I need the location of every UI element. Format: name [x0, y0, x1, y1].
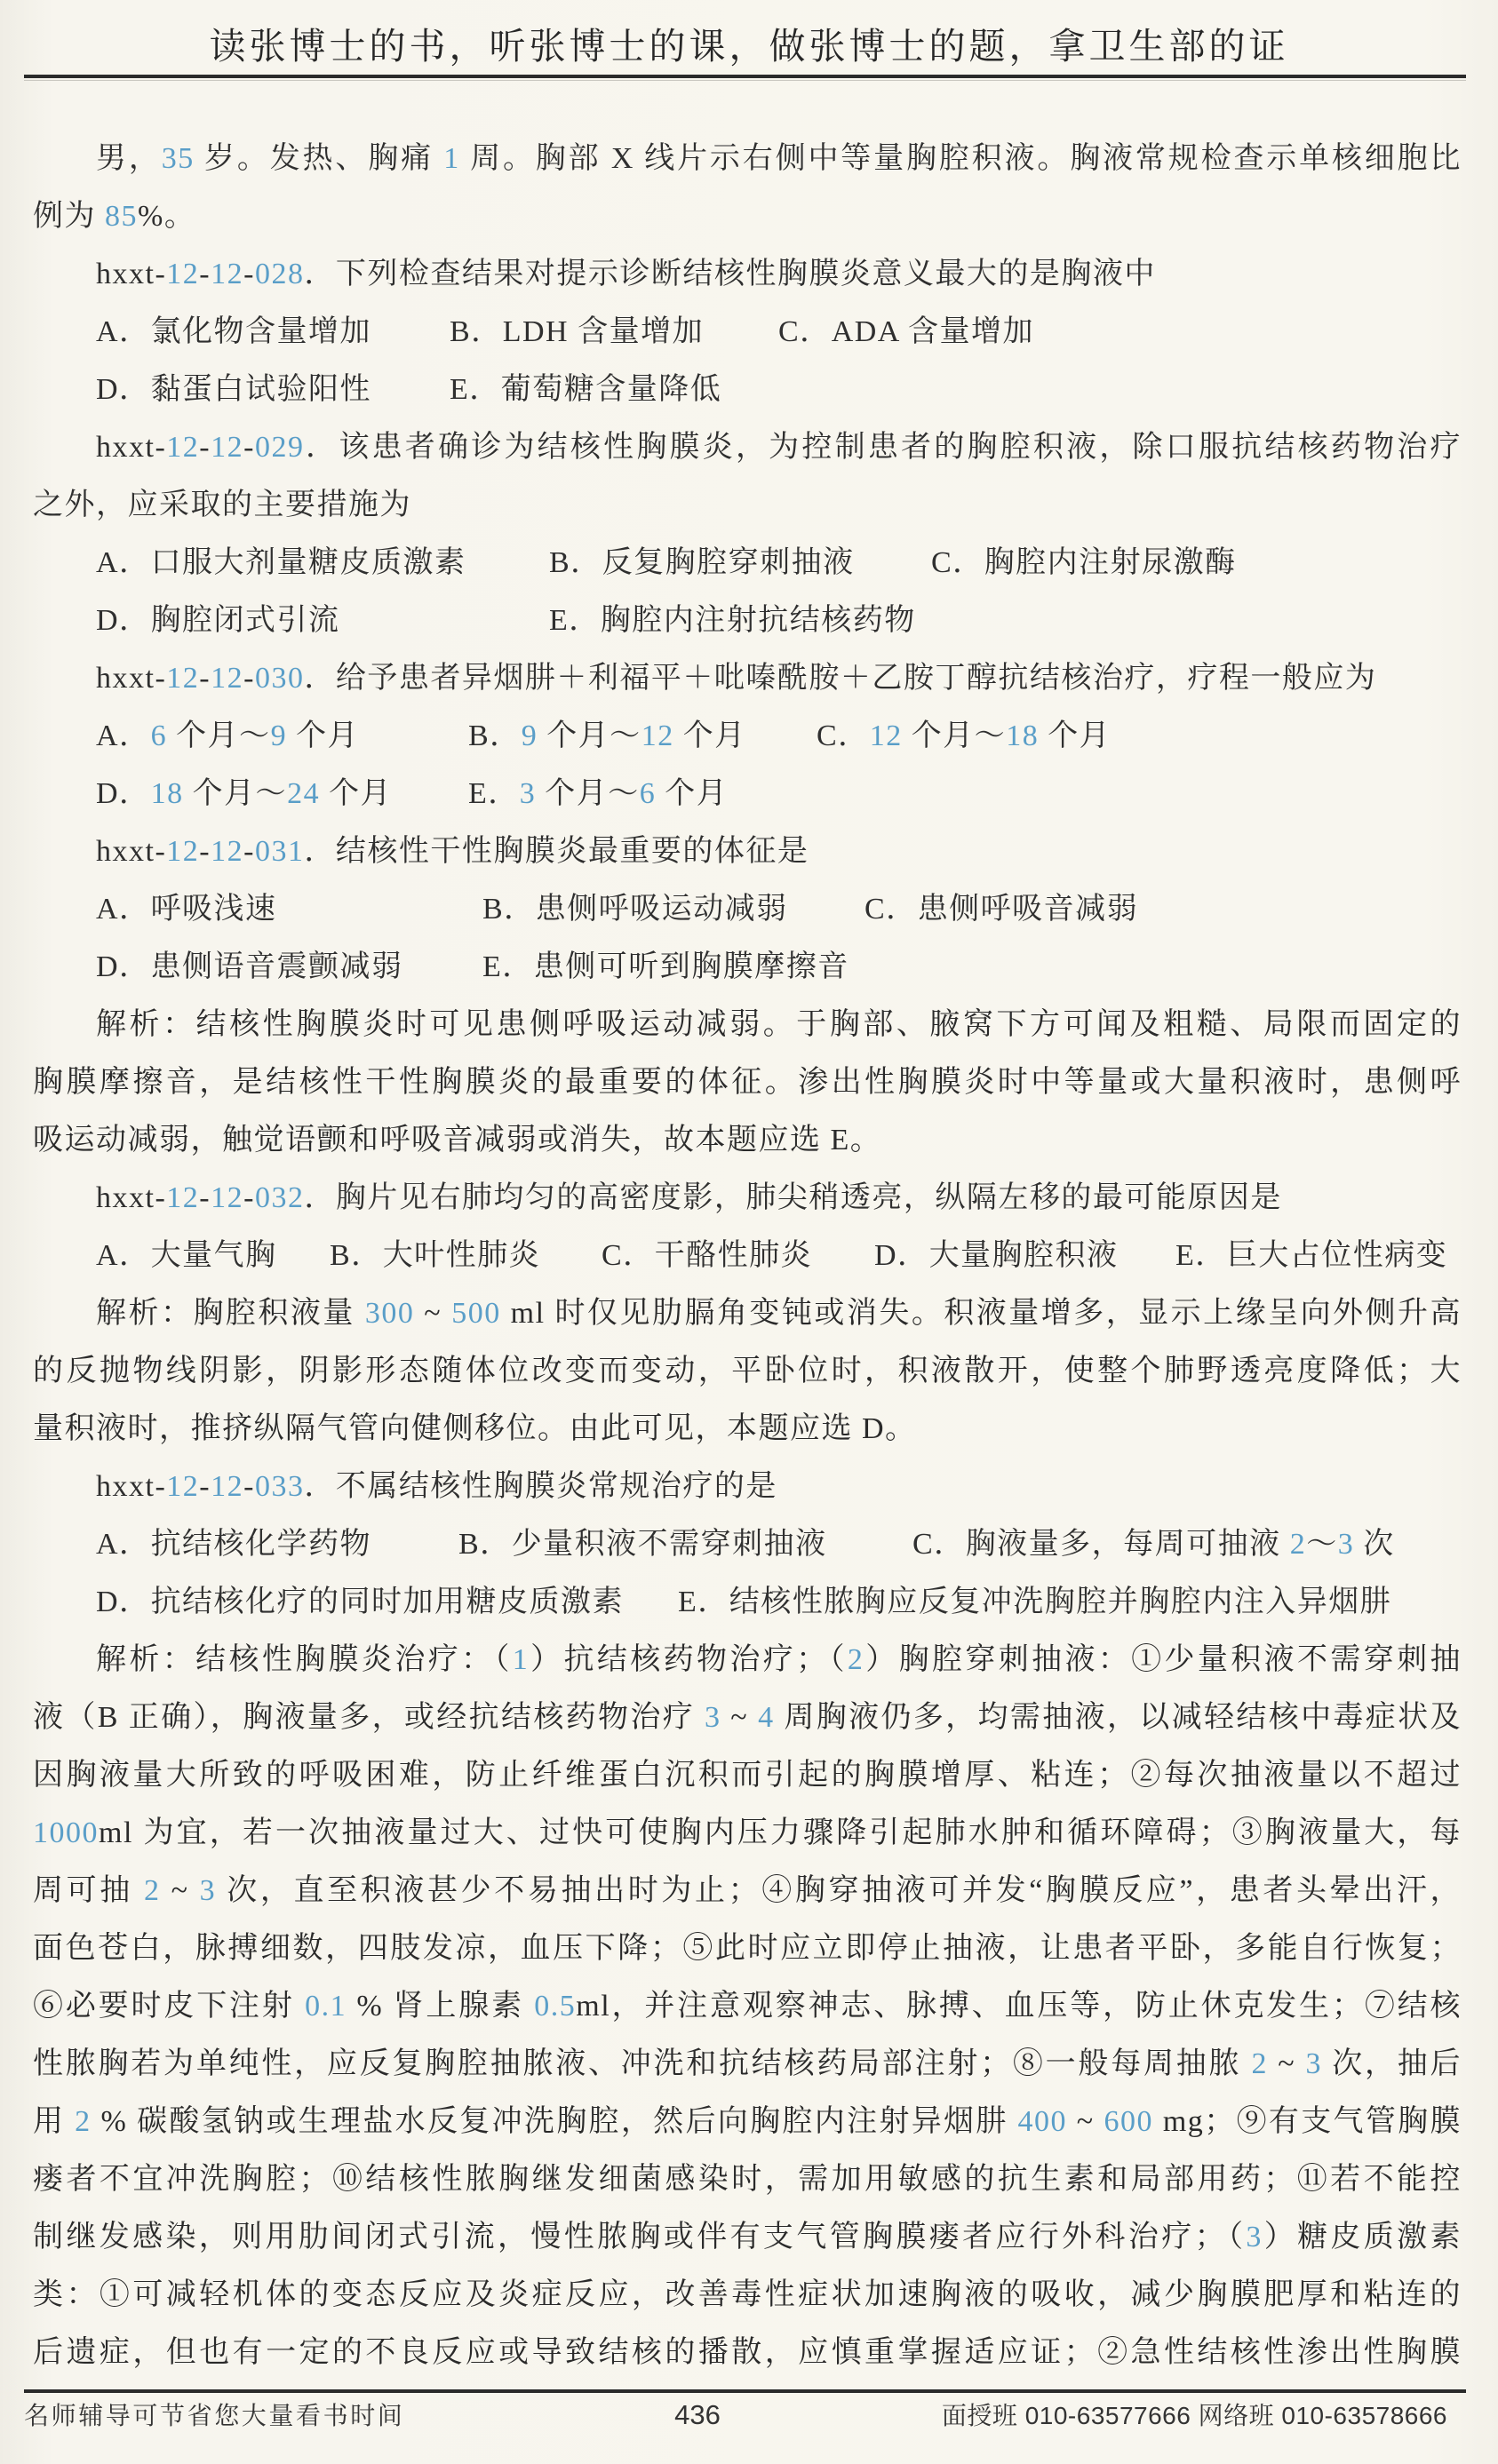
analysis-number: 600: [1104, 2105, 1154, 2138]
option-number: 3: [1338, 1528, 1355, 1561]
question-code-separator: -: [243, 835, 255, 868]
analysis-number: 2: [848, 1643, 865, 1676]
question-code-prefix: hxxt-: [96, 662, 166, 695]
option-text: ～: [1306, 1528, 1338, 1561]
question-stem-line: hxxt-12-12-029．该患者确诊为结核性胸膜炎，为控制患者的胸腔积液，除…: [33, 418, 1462, 476]
question-code-number: 032: [255, 1181, 305, 1214]
book-page: 读张博士的书，听张博士的课，做张博士的题，拿卫生部的证 男，35 岁。发热、胸痛…: [0, 0, 1498, 2464]
analysis-text: % 碳酸氢钠或生理盐水反复冲洗胸腔，然后向胸腔内注射异烟肼: [92, 2105, 1018, 2138]
footer-rule: [24, 2389, 1466, 2393]
option-e: E．胸腔内注射抗结核药物: [549, 592, 916, 649]
option-text: 胸腔内注射尿激酶: [984, 546, 1237, 579]
option-number: 9: [522, 719, 538, 752]
option-text: 巨大占位性病变: [1227, 1239, 1448, 1272]
options-row: A．6 个月～9 个月 B．9 个月～12 个月 C．12 个月～18 个月: [33, 707, 1462, 765]
options-row: D．抗结核化疗的同时加用糖皮质激素 E．结核性脓胸应反复冲洗胸腔并胸腔内注入异烟…: [33, 1573, 1462, 1631]
question-code-number: 028: [255, 258, 305, 290]
case-intro-line: 男，35 岁。发热、胸痛 1 周。胸部 X 线片示右侧中等量胸腔积液。胸液常规检…: [33, 130, 1462, 187]
option-label: B．: [549, 546, 602, 579]
question-code-separator: -: [199, 431, 211, 464]
case-text: 周。胸部 X 线片示右侧中等量胸腔积液。胸液常规检查示单核细胞比: [460, 142, 1462, 175]
option-e: E．患侧可听到胸膜摩擦音: [482, 938, 849, 996]
analysis-number: 1: [513, 1643, 530, 1676]
analysis-line: 解析：结核性胸膜炎时可见患侧呼吸运动减弱。于胸部、腋窝下方可闻及粗糙、局限而固定…: [33, 996, 1462, 1053]
option-label: E．: [549, 604, 601, 637]
option-text: 患侧语音震颤减弱: [151, 950, 403, 983]
option-label: E．: [450, 373, 501, 406]
analysis-text: 用: [33, 2105, 75, 2138]
options-row: A．口服大剂量糖皮质激素 B．反复胸腔穿刺抽液 C．胸腔内注射尿激酶: [33, 534, 1462, 592]
question-code-section: 12: [211, 1470, 243, 1503]
analysis-line: 后遗症，但也有一定的不良反应或导致结核的播散，应慎重掌握适应证；②急性结核性渗出…: [33, 2324, 1462, 2381]
question-code-separator: -: [243, 258, 255, 290]
analysis-text: ）糖皮质激素: [1263, 2221, 1462, 2253]
analysis-text: 后遗症，但也有一定的不良反应或导致结核的播散，应慎重掌握适应证；②急性结核性渗出…: [33, 2336, 1462, 2369]
option-label: A．: [96, 893, 151, 926]
question-code-number: 030: [255, 662, 305, 695]
option-label: D．: [874, 1239, 929, 1272]
option-text: 个月: [1039, 719, 1111, 752]
option-text: 患侧可听到胸膜摩擦音: [534, 950, 849, 983]
question-code-separator: -: [199, 835, 211, 868]
analysis-number: 300: [365, 1297, 415, 1330]
option-label: D．: [96, 604, 151, 637]
analysis-line: 的反抛物线阴影，阴影形态随体位改变而变动，平卧位时，积液散开，使整个肺野透亮度降…: [33, 1342, 1462, 1400]
question-code-prefix: hxxt-: [96, 258, 166, 290]
analysis-line: ⑥必要时皮下注射 0.1 % 肾上腺素 0.5ml，并注意观察神志、脉搏、血压等…: [33, 1977, 1462, 2035]
analysis-line: 液（B 正确），胸液量多，或经抗结核药物治疗 3 ~ 4 周胸液仍多，均需抽液，…: [33, 1689, 1462, 1746]
option-label: D．: [96, 950, 151, 983]
analysis-line: 性脓胸若为单纯性，应反复胸腔抽脓液、冲洗和抗结核药局部注射；⑧一般每周抽脓 2 …: [33, 2035, 1462, 2093]
analysis-line: 胸膜摩擦音，是结核性干性胸膜炎的最重要的体征。渗出性胸膜炎时中等量或大量积液时，…: [33, 1053, 1462, 1111]
option-d: D．黏蛋白试验阳性: [96, 361, 371, 418]
option-d: D．患侧语音震颤减弱: [96, 938, 403, 996]
question-code-number: 031: [255, 835, 305, 868]
option-text: 抗结核化学药物: [151, 1528, 372, 1561]
option-b: B．少量积液不需穿刺抽液: [458, 1515, 827, 1573]
option-label: C．: [931, 546, 984, 579]
option-e: E．巨大占位性病变: [1175, 1227, 1447, 1284]
analysis-number: 4: [758, 1701, 775, 1734]
question-code-separator: -: [243, 662, 255, 695]
question-code-section: 12: [211, 1181, 243, 1214]
option-text: 反复胸腔穿刺抽液: [602, 546, 855, 579]
option-number: 18: [1006, 719, 1039, 752]
option-e: E．葡萄糖含量降低: [450, 361, 721, 418]
option-text: 个月～: [167, 719, 271, 752]
analysis-line: 吸运动减弱，触觉语颤和呼吸音减弱或消失，故本题应选 E。: [33, 1111, 1462, 1169]
question-stem-line: hxxt-12-12-030．给予患者异烟肼＋利福平＋吡嗪酰胺＋乙胺丁醇抗结核治…: [33, 649, 1462, 707]
case-text: 例为: [33, 200, 105, 233]
option-text: 个月～: [903, 719, 1007, 752]
analysis-text: % 肾上腺素: [347, 1990, 534, 2023]
option-b: B．9 个月～12 个月: [468, 707, 746, 765]
analysis-text: 面色苍白，脉搏细数，四肢发凉，血压下降；⑤此时应立即停止抽液，让患者平卧，多能自…: [33, 1932, 1462, 1965]
analysis-text: ~: [161, 1874, 200, 1907]
case-intro-line: 例为 85%。: [33, 187, 1462, 245]
option-text: 抗结核化疗的同时加用糖皮质激素: [151, 1586, 625, 1618]
option-text: LDH 含量增加: [503, 315, 704, 348]
option-d: D．胸腔闭式引流: [96, 592, 340, 649]
analysis-number: 3: [200, 1874, 217, 1907]
option-b: B．大叶性肺炎: [330, 1227, 540, 1284]
question-stem-text: ．下列检查结果对提示诊断结核性胸膜炎意义最大的是胸液中: [304, 258, 1156, 290]
analysis-number: 3: [1305, 2047, 1322, 2080]
option-a: A．呼吸浅速: [96, 880, 277, 938]
case-text: 男，: [96, 142, 162, 175]
option-text: 个月: [287, 719, 359, 752]
options-row: D．患侧语音震颤减弱 E．患侧可听到胸膜摩擦音: [33, 938, 1462, 996]
analysis-number: 2: [75, 2105, 92, 2138]
header-rule: [24, 75, 1466, 78]
question-code-chapter: 12: [166, 1470, 199, 1503]
footer-slogan: 名师辅导可节省您大量看书时间: [24, 2398, 404, 2434]
analysis-text: 次，抽后: [1322, 2047, 1462, 2080]
question-code-chapter: 12: [166, 835, 199, 868]
analysis-text: 制继发感染，则用肋间闭式引流，慢性脓胸或伴有支气管胸膜瘘者应行外科治疗；（: [33, 2221, 1246, 2253]
analysis-line: 解析：胸腔积液量 300 ~ 500 ml 时仅见肋膈角变钝或消失。积液量增多，…: [33, 1284, 1462, 1342]
option-c: C．ADA 含量增加: [778, 303, 1034, 361]
options-row: A．呼吸浅速 B．患侧呼吸运动减弱 C．患侧呼吸音减弱: [33, 880, 1462, 938]
option-text: 个月～: [538, 719, 641, 752]
analysis-text: 的反抛物线阴影，阴影形态随体位改变而变动，平卧位时，积液散开，使整个肺野透亮度降…: [33, 1355, 1462, 1387]
option-label: C．: [912, 1528, 966, 1561]
question-code-section: 12: [211, 258, 243, 290]
option-text: 患侧呼吸运动减弱: [536, 893, 788, 926]
option-a: A．抗结核化学药物: [96, 1515, 371, 1573]
analysis-line: 瘘者不宜冲洗胸腔；⑩结核性脓胸继发细菌感染时，需加用敏感的抗生素和局部用药；⑪若…: [33, 2150, 1462, 2208]
analysis-line: 因胸液量大所致的呼吸困难，防止纤维蛋白沉积而引起的胸膜增厚、粘连；②每次抽液量以…: [33, 1746, 1462, 1804]
option-text: ADA 含量增加: [832, 315, 1034, 348]
header-rule-thin: [24, 80, 1466, 81]
analysis-line: 用 2 % 碳酸氢钠或生理盐水反复冲洗胸腔，然后向胸腔内注射异烟肼 400 ~ …: [33, 2093, 1462, 2150]
analysis-text: 类：①可减轻机体的变态反应及炎症反应，改善毒性症状加速胸液的吸收，减少胸膜肥厚和…: [33, 2278, 1462, 2311]
page-body: 男，35 岁。发热、胸痛 1 周。胸部 X 线片示右侧中等量胸腔积液。胸液常规检…: [33, 130, 1462, 2381]
question-stem-text: 之外，应采取的主要措施为: [33, 489, 411, 521]
question-code-prefix: hxxt-: [96, 1181, 166, 1214]
option-c: C．胸腔内注射尿激酶: [931, 534, 1237, 592]
analysis-line: 类：①可减轻机体的变态反应及炎症反应，改善毒性症状加速胸液的吸收，减少胸膜肥厚和…: [33, 2266, 1462, 2324]
question-code-prefix: hxxt-: [96, 835, 166, 868]
question-code-section: 12: [211, 835, 243, 868]
analysis-text: ml 时仅见肋膈角变钝或消失。积液量增多，显示上缘呈向外侧升高: [501, 1297, 1462, 1330]
option-text: 个月: [320, 777, 392, 810]
question-code-separator: -: [199, 1181, 211, 1214]
option-text: 大叶性肺炎: [383, 1239, 541, 1272]
analysis-text: 周可抽: [33, 1874, 144, 1907]
analysis-text: ）胸腔穿刺抽液：①少量积液不需穿刺抽: [864, 1643, 1462, 1676]
options-row: A．氯化物含量增加 B．LDH 含量增加 C．ADA 含量增加: [33, 303, 1462, 361]
option-label: E．: [468, 777, 520, 810]
analysis-line: 制继发感染，则用肋间闭式引流，慢性脓胸或伴有支气管胸膜瘘者应行外科治疗；（3）糖…: [33, 2208, 1462, 2266]
option-label: A．: [96, 719, 151, 752]
option-d: D．18 个月～24 个月: [96, 765, 392, 823]
analysis-text: mg；⑨有支气管胸膜: [1153, 2105, 1462, 2138]
analysis-text: 液（B 正确），胸液量多，或经抗结核药物治疗: [33, 1701, 705, 1734]
question-code-chapter: 12: [166, 1181, 199, 1214]
option-number: 9: [271, 719, 288, 752]
question-code-number: 033: [255, 1470, 305, 1503]
option-text: 患侧呼吸音减弱: [918, 893, 1139, 926]
question-stem-text: ．结核性干性胸膜炎最重要的体征是: [304, 835, 809, 868]
analysis-text: ~: [414, 1297, 451, 1330]
option-label: B．: [482, 893, 536, 926]
analysis-number: 0.5: [534, 1990, 576, 2023]
analysis-text: 解析：胸腔积液量: [96, 1297, 365, 1330]
option-a: A．氯化物含量增加: [96, 303, 371, 361]
case-number: 35: [162, 142, 195, 175]
analysis-text: ）抗结核药物治疗；（: [529, 1643, 848, 1676]
option-e: E．结核性脓胸应反复冲洗胸腔并胸腔内注入异烟肼: [678, 1573, 1391, 1631]
question-stem-text: ．给予患者异烟肼＋利福平＋吡嗪酰胺＋乙胺丁醇抗结核治疗，疗程一般应为: [304, 662, 1376, 695]
options-row: D．18 个月～24 个月 E．3 个月～6 个月: [33, 765, 1462, 823]
option-text: 胸腔闭式引流: [151, 604, 340, 637]
analysis-text: ⑥必要时皮下注射: [33, 1990, 305, 2023]
question-code-chapter: 12: [166, 431, 199, 464]
option-label: B．: [450, 315, 503, 348]
question-code-chapter: 12: [166, 662, 199, 695]
page-number: 436: [662, 2396, 733, 2434]
option-label: C．: [778, 315, 832, 348]
option-text: 干酪性肺炎: [655, 1239, 813, 1272]
analysis-line: 解析：结核性胸膜炎治疗：（1）抗结核药物治疗；（2）胸腔穿刺抽液：①少量积液不需…: [33, 1631, 1462, 1689]
analysis-text: ml，并注意观察神志、脉搏、血压等，防止休克发生；⑦结核: [576, 1990, 1462, 2023]
option-text: 结核性脓胸应反复冲洗胸腔并胸腔内注入异烟肼: [729, 1586, 1392, 1618]
analysis-number: 3: [1246, 2221, 1263, 2253]
option-text: 黏蛋白试验阳性: [151, 373, 372, 406]
option-label: B．: [468, 719, 522, 752]
analysis-text: 瘘者不宜冲洗胸腔；⑩结核性脓胸继发细菌感染时，需加用敏感的抗生素和局部用药；⑪若…: [33, 2163, 1462, 2196]
option-label: C．: [602, 1239, 655, 1272]
option-e: E．3 个月～6 个月: [468, 765, 728, 823]
analysis-text: ~: [721, 1701, 758, 1734]
question-stem-line: hxxt-12-12-031．结核性干性胸膜炎最重要的体征是: [33, 823, 1462, 880]
option-label: A．: [96, 1528, 151, 1561]
option-label: E．: [1175, 1239, 1227, 1272]
question-stem-text: ．胸片见右肺均匀的高密度影，肺尖稍透亮，纵隔左移的最可能原因是: [304, 1181, 1282, 1214]
analysis-text: ~: [1067, 2105, 1104, 2138]
analysis-text: 解析：结核性胸膜炎治疗：（: [96, 1643, 513, 1676]
option-label: A．: [96, 1239, 151, 1272]
options-row: A．大量气胸 B．大叶性肺炎 C．干酪性肺炎 D．大量胸腔积液 E．巨大占位性病…: [33, 1227, 1462, 1284]
analysis-line: 周可抽 2 ~ 3 次，直至积液甚少不易抽出时为止；④胸穿抽液可并发“胸膜反应”…: [33, 1862, 1462, 1920]
option-label: B．: [330, 1239, 383, 1272]
analysis-number: 0.1: [305, 1990, 347, 2023]
option-text: 葡萄糖含量降低: [501, 373, 722, 406]
option-number: 6: [151, 719, 168, 752]
option-text: 大量气胸: [151, 1239, 277, 1272]
question-code-prefix: hxxt-: [96, 431, 166, 464]
analysis-text: 性脓胸若为单纯性，应反复胸腔抽脓液、冲洗和抗结核药局部注射；⑧一般每周抽脓: [33, 2047, 1252, 2080]
option-text: 呼吸浅速: [151, 893, 277, 926]
option-text: 少量积液不需穿刺抽液: [512, 1528, 827, 1561]
question-stem-line: 之外，应采取的主要措施为: [33, 476, 1462, 534]
options-row: A．抗结核化学药物 B．少量积液不需穿刺抽液 C．胸液量多，每周可抽液 2～3 …: [33, 1515, 1462, 1573]
page-header-title: 读张博士的书，听张博士的课，做张博士的题，拿卫生部的证: [0, 21, 1498, 71]
option-label: E．: [482, 950, 534, 983]
option-text: 个月: [674, 719, 746, 752]
analysis-number: 2: [1252, 2047, 1269, 2080]
option-number: 18: [151, 777, 184, 810]
analysis-number: 400: [1017, 2105, 1067, 2138]
question-code-separator: -: [199, 258, 211, 290]
option-number: 12: [641, 719, 674, 752]
option-a: A．口服大剂量糖皮质激素: [96, 534, 466, 592]
option-text: 次: [1354, 1528, 1395, 1561]
analysis-number: 3: [705, 1701, 721, 1734]
option-label: A．: [96, 315, 151, 348]
option-text: 大量胸腔积液: [929, 1239, 1119, 1272]
question-code-separator: -: [243, 431, 255, 464]
option-text: 口服大剂量糖皮质激素: [151, 546, 466, 579]
question-code-separator: -: [243, 1470, 255, 1503]
case-number: 1: [443, 142, 460, 175]
option-d: D．抗结核化疗的同时加用糖皮质激素: [96, 1573, 624, 1631]
analysis-text: 胸膜摩擦音，是结核性干性胸膜炎的最重要的体征。渗出性胸膜炎时中等量或大量积液时，…: [33, 1066, 1462, 1099]
question-stem-text: ．该患者确诊为结核性胸膜炎，为控制患者的胸腔积液，除口服抗结核药物治疗: [304, 431, 1462, 464]
analysis-text: 吸运动减弱，触觉语颤和呼吸音减弱或消失，故本题应选 E。: [33, 1124, 881, 1156]
question-stem-line: hxxt-12-12-033．不属结核性胸膜炎常规治疗的是: [33, 1458, 1462, 1515]
analysis-number: 2: [144, 1874, 161, 1907]
option-b: B．LDH 含量增加: [450, 303, 704, 361]
footer-contact: 面授班 010-63577666 网络班 010-63578666: [942, 2398, 1447, 2434]
option-text: 个月～: [536, 777, 640, 810]
option-c: C．患侧呼吸音减弱: [865, 880, 1138, 938]
question-code-section: 12: [211, 662, 243, 695]
case-text: %。: [138, 200, 195, 233]
option-number: 2: [1290, 1528, 1307, 1561]
option-label: B．: [458, 1528, 512, 1561]
analysis-text: ml 为宜，若一次抽液量过大、过快可使胸内压力骤降引起肺水肿和循环障碍；③胸液量…: [99, 1816, 1462, 1849]
analysis-number: 500: [451, 1297, 501, 1330]
analysis-line: 1000ml 为宜，若一次抽液量过大、过快可使胸内压力骤降引起肺水肿和循环障碍；…: [33, 1804, 1462, 1862]
option-text: 胸腔内注射抗结核药物: [601, 604, 916, 637]
question-code-chapter: 12: [166, 258, 199, 290]
case-number: 85: [105, 200, 138, 233]
option-label: A．: [96, 546, 151, 579]
option-a: A．6 个月～9 个月: [96, 707, 359, 765]
option-label: E．: [678, 1586, 729, 1618]
option-d: D．大量胸腔积液: [874, 1227, 1119, 1284]
question-code-section: 12: [211, 431, 243, 464]
option-b: B．患侧呼吸运动减弱: [482, 880, 788, 938]
option-text: 个月: [656, 777, 728, 810]
analysis-text: 次，直至积液甚少不易抽出时为止；④胸穿抽液可并发“胸膜反应”，患者头晕出汗，: [216, 1874, 1462, 1907]
question-stem-line: hxxt-12-12-028．下列检查结果对提示诊断结核性胸膜炎意义最大的是胸液…: [33, 245, 1462, 303]
option-number: 6: [640, 777, 657, 810]
option-b: B．反复胸腔穿刺抽液: [549, 534, 855, 592]
question-code-number: 029: [255, 431, 305, 464]
option-label: C．: [817, 719, 870, 752]
question-stem-line: hxxt-12-12-032．胸片见右肺均匀的高密度影，肺尖稍透亮，纵隔左移的最…: [33, 1169, 1462, 1227]
option-text: 氯化物含量增加: [151, 315, 372, 348]
option-number: 12: [870, 719, 903, 752]
analysis-line: 面色苍白，脉搏细数，四肢发凉，血压下降；⑤此时应立即停止抽液，让患者平卧，多能自…: [33, 1920, 1462, 1977]
option-label: D．: [96, 777, 151, 810]
option-c: C．胸液量多，每周可抽液 2～3 次: [912, 1515, 1395, 1573]
question-stem-text: ．不属结核性胸膜炎常规治疗的是: [304, 1470, 777, 1503]
analysis-text: ~: [1268, 2047, 1305, 2080]
option-label: C．: [865, 893, 918, 926]
option-text: 胸液量多，每周可抽液: [966, 1528, 1290, 1561]
question-code-separator: -: [199, 662, 211, 695]
question-code-separator: -: [243, 1181, 255, 1214]
option-label: D．: [96, 373, 151, 406]
analysis-text: 量积液时，推挤纵隔气管向健侧移位。由此可见，本题应选 D。: [33, 1412, 917, 1445]
analysis-text: 周胸液仍多，均需抽液，以减轻结核中毒症状及: [775, 1701, 1462, 1734]
option-label: D．: [96, 1586, 151, 1618]
option-a: A．大量气胸: [96, 1227, 277, 1284]
analysis-number: 1000: [33, 1816, 99, 1849]
option-c: C．12 个月～18 个月: [817, 707, 1111, 765]
analysis-text: 解析：结核性胸膜炎时可见患侧呼吸运动减弱。于胸部、腋窝下方可闻及粗糙、局限而固定…: [96, 1008, 1462, 1041]
options-row: D．胸腔闭式引流 E．胸腔内注射抗结核药物: [33, 592, 1462, 649]
question-code-separator: -: [199, 1470, 211, 1503]
analysis-text: 因胸液量大所致的呼吸困难，防止纤维蛋白沉积而引起的胸膜增厚、粘连；②每次抽液量以…: [33, 1759, 1462, 1792]
options-row: D．黏蛋白试验阳性 E．葡萄糖含量降低: [33, 361, 1462, 418]
case-text: 岁。发热、胸痛: [195, 142, 444, 175]
question-code-prefix: hxxt-: [96, 1470, 166, 1503]
option-text: 个月～: [184, 777, 288, 810]
option-number: 3: [520, 777, 537, 810]
option-number: 24: [287, 777, 320, 810]
analysis-line: 量积液时，推挤纵隔气管向健侧移位。由此可见，本题应选 D。: [33, 1400, 1462, 1458]
option-c: C．干酪性肺炎: [602, 1227, 812, 1284]
